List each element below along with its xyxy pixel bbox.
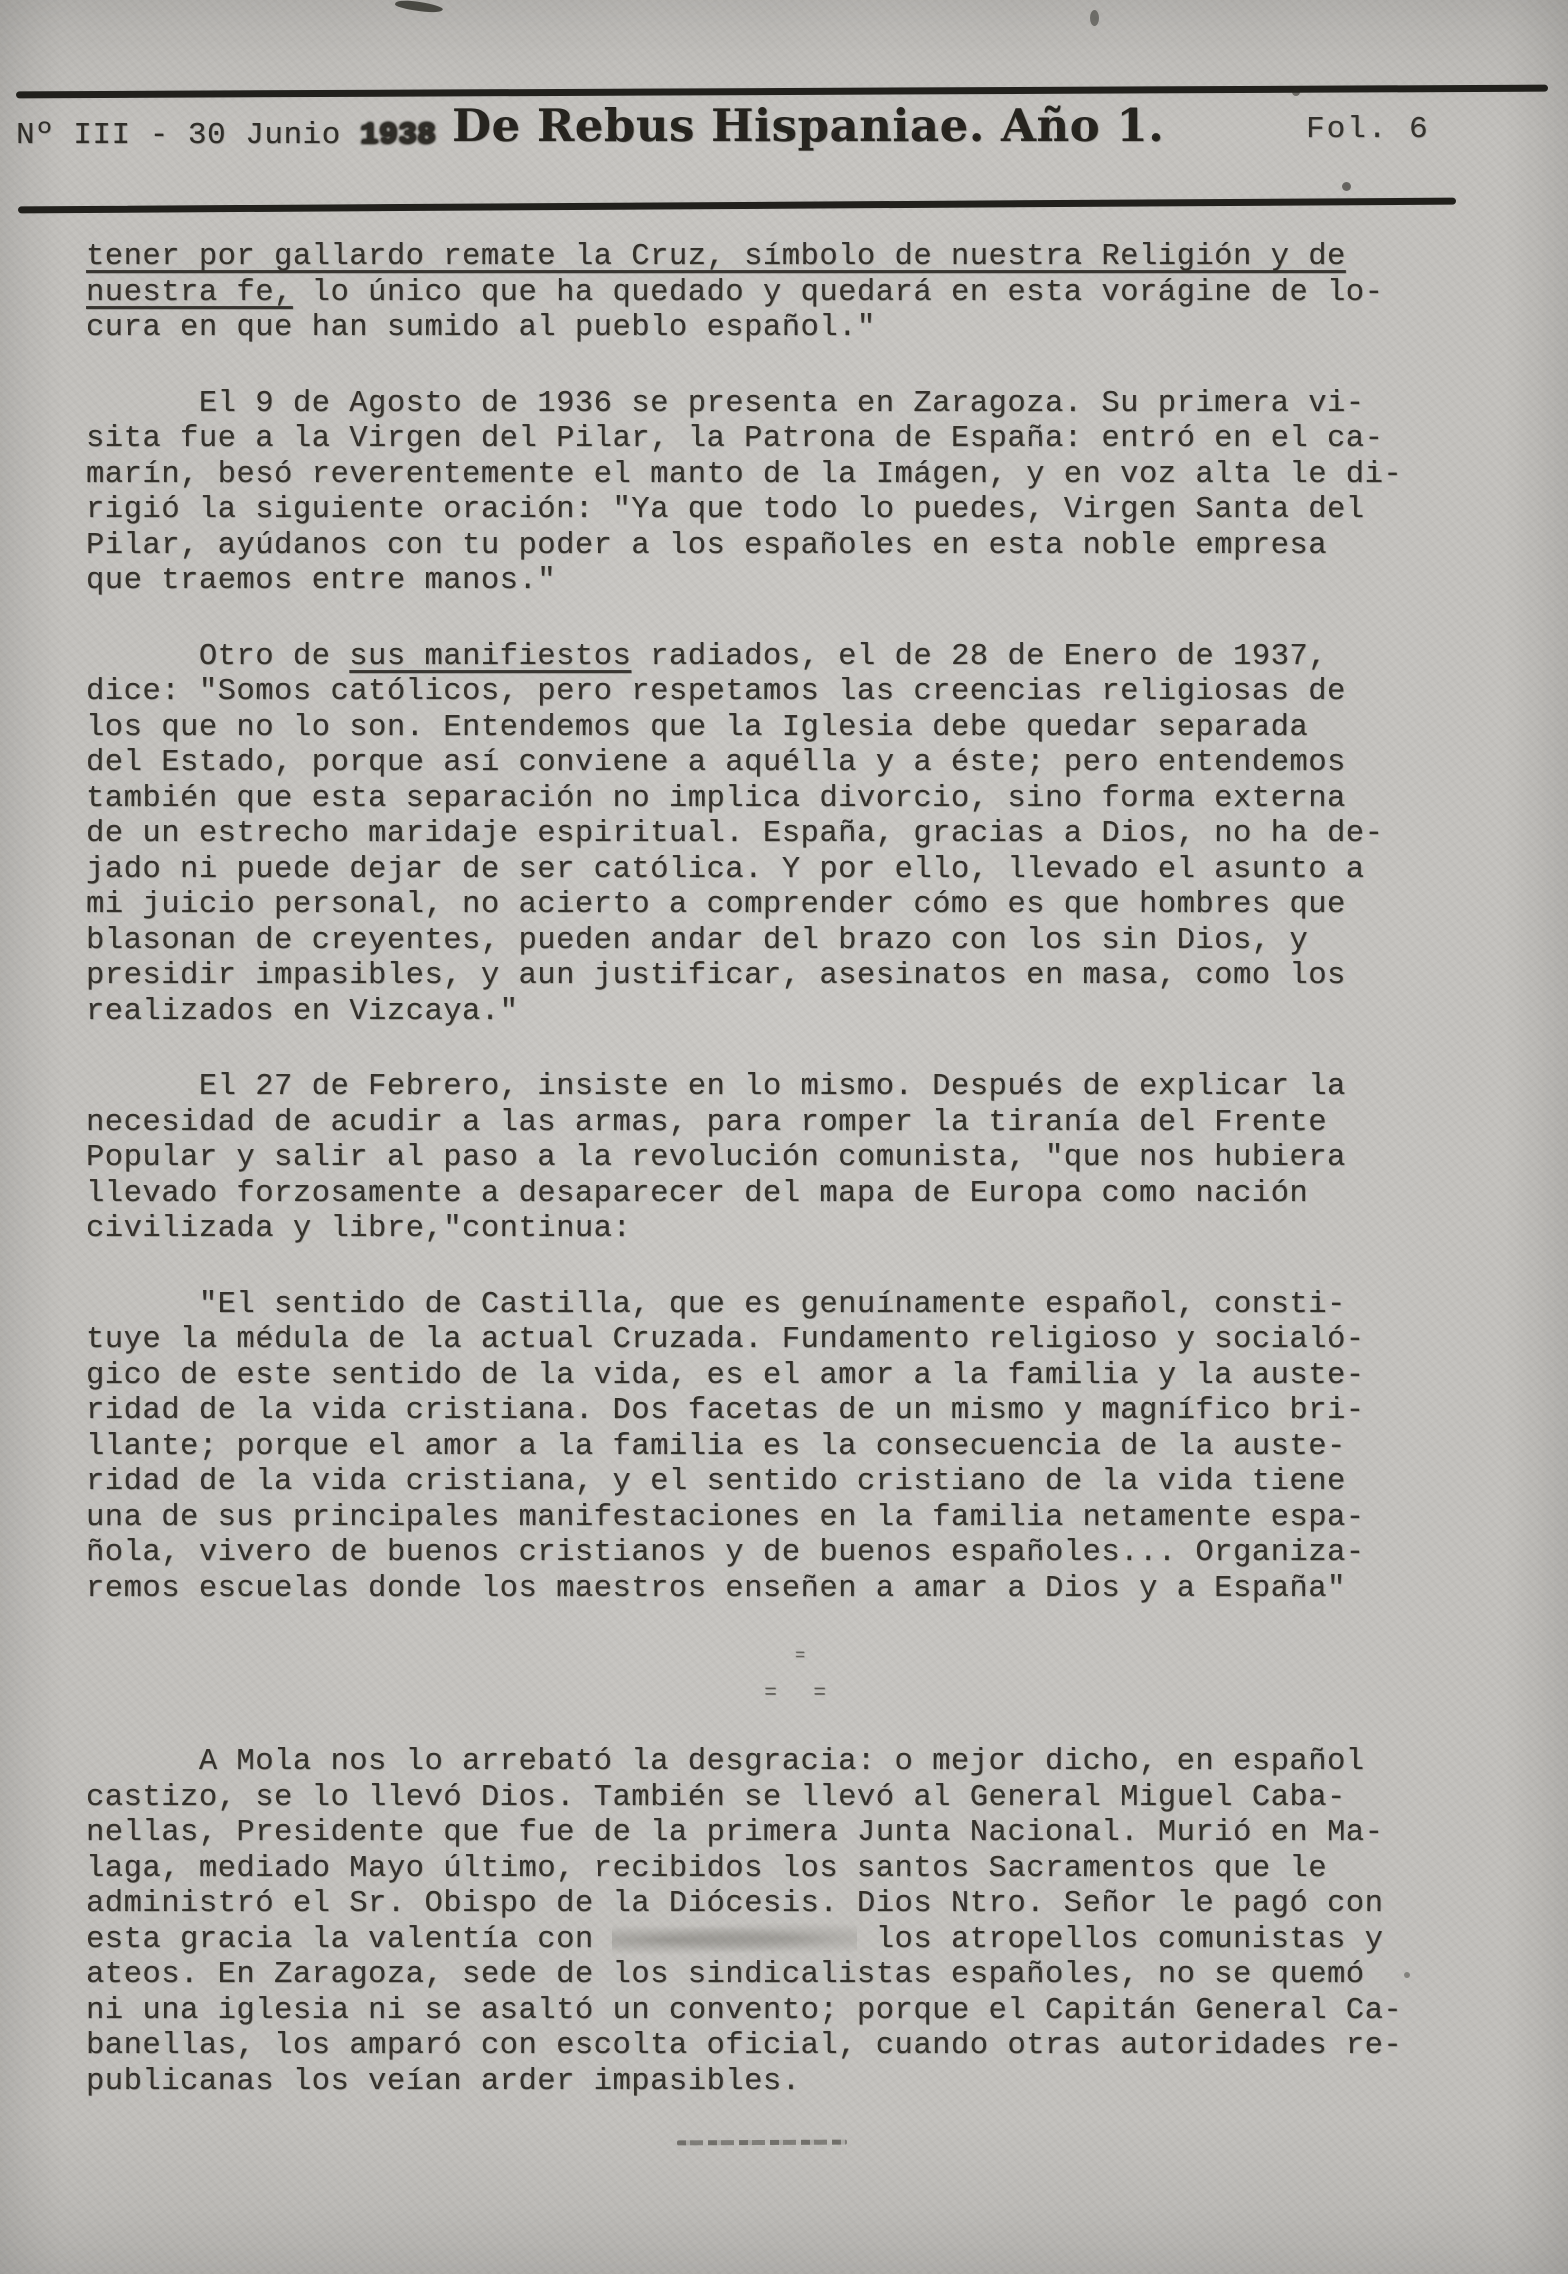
text-line: llevado forzosamente a desaparecer del m… xyxy=(86,1177,1516,1213)
text-segment: castizo, se lo llevó Dios. También se ll… xyxy=(86,1781,1346,1815)
text-segment: también que esta separación no implica d… xyxy=(86,782,1346,816)
text-segment: dice: "Somos católicos, pero respetamos … xyxy=(86,675,1346,709)
text-segment: necesidad de acudir a las armas, para ro… xyxy=(86,1106,1327,1140)
text-line: nellas, Presidente que fue de la primera… xyxy=(86,1816,1516,1852)
text-line: ñola, vivero de buenos cristianos y de b… xyxy=(86,1536,1516,1572)
text-segment: A Mola nos lo arrebató la desgracia: o m… xyxy=(86,1745,1365,1779)
page-ink-layer: Nº III - 30 Junio 1938 De Rebus Hispania… xyxy=(0,0,1568,2274)
section-separator: = = = xyxy=(86,1647,1516,1705)
text-line: necesidad de acudir a las armas, para ro… xyxy=(86,1106,1516,1142)
text-line: laga, mediado Mayo último, recibidos los… xyxy=(86,1852,1516,1888)
text-line: blasonan de creyentes, pueden andar del … xyxy=(86,924,1516,960)
end-rule xyxy=(677,2140,847,2146)
paragraph: A Mola nos lo arrebató la desgracia: o m… xyxy=(86,1745,1516,2100)
text-segment: una de sus principales manifestaciones e… xyxy=(86,1501,1365,1535)
text-segment: "El sentido de Castilla, que es genuínam… xyxy=(86,1288,1346,1322)
text-line: A Mola nos lo arrebató la desgracia: o m… xyxy=(86,1745,1516,1781)
paragraph: El 27 de Febrero, insiste en lo mismo. D… xyxy=(86,1070,1516,1248)
ink-speck xyxy=(395,0,444,14)
paragraph: El 9 de Agosto de 1936 se presenta en Za… xyxy=(86,387,1516,600)
text-line: ridad de la vida cristiana, y el sentido… xyxy=(86,1465,1516,1501)
text-line: mi juicio personal, no acierto a compren… xyxy=(86,888,1516,924)
text-segment: sita fue a la Virgen del Pilar, la Patro… xyxy=(86,422,1383,456)
masthead-title: De Rebus Hispaniae. Año 1. xyxy=(452,100,1164,152)
text-segment: El 9 de Agosto de 1936 se presenta en Za… xyxy=(86,387,1365,421)
text-line: ateos. En Zaragoza, sede de los sindical… xyxy=(86,1958,1516,1994)
text-segment: ateos. En Zaragoza, sede de los sindical… xyxy=(86,1958,1365,1992)
text-segment: administró el Sr. Obispo de la Diócesis.… xyxy=(86,1887,1383,1921)
text-line: del Estado, porque así conviene a aquéll… xyxy=(86,746,1516,782)
text-segment: blasonan de creyentes, pueden andar del … xyxy=(86,924,1308,958)
header-bottom-rule xyxy=(18,198,1456,214)
ink-speck xyxy=(1090,10,1099,26)
text-segment: Popular y salir al paso a la revolución … xyxy=(86,1141,1346,1175)
text-segment: realizados en Vizcaya." xyxy=(86,995,518,1029)
text-line: publicanas los veían arder impasibles. xyxy=(86,2065,1516,2101)
text-line: una de sus principales manifestaciones e… xyxy=(86,1501,1516,1537)
text-line: banellas, los amparó con escolta oficial… xyxy=(86,2029,1516,2065)
text-segment: radiados, el de 28 de Enero de 1937, xyxy=(631,640,1327,674)
text-line: Pilar, ayúdanos con tu poder a los españ… xyxy=(86,529,1516,565)
text-line: tuye la médula de la actual Cruzada. Fun… xyxy=(86,1323,1516,1359)
text-line: Otro de sus manifiestos radiados, el de … xyxy=(86,640,1516,676)
text-segment: remos escuelas donde los maestros enseñe… xyxy=(86,1572,1346,1606)
issue-line: Nº III - 30 Junio 1938 xyxy=(16,118,436,154)
text-line: rigió la siguiente oración: "Ya que todo… xyxy=(86,493,1516,529)
header-top-rule xyxy=(16,85,1548,99)
text-segment: publicanas los veían arder impasibles. xyxy=(86,2065,801,2099)
text-segment: laga, mediado Mayo último, recibidos los… xyxy=(86,1852,1327,1886)
text-segment: del Estado, porque así conviene a aquéll… xyxy=(86,746,1346,780)
text-line: los que no lo son. Entendemos que la Igl… xyxy=(86,711,1516,747)
text-line: esta gracia la valentía con los atropell… xyxy=(86,1923,1516,1959)
text-segment: que traemos entre manos." xyxy=(86,564,556,598)
ink-speck xyxy=(1404,1972,1410,1978)
text-segment: El 27 de Febrero, insiste en lo mismo. D… xyxy=(86,1070,1346,1104)
text-segment: de un estrecho maridaje espiritual. Espa… xyxy=(86,817,1383,851)
document-body-lower: A Mola nos lo arrebató la desgracia: o m… xyxy=(86,1745,1516,2100)
text-line: marín, besó reverentemente el manto de l… xyxy=(86,458,1516,494)
text-line: que traemos entre manos." xyxy=(86,564,1516,600)
text-segment: marín, besó reverentemente el manto de l… xyxy=(86,458,1402,492)
text-line: gico de este sentido de la vida, es el a… xyxy=(86,1359,1516,1395)
text-line: dice: "Somos católicos, pero respetamos … xyxy=(86,675,1516,711)
text-line: ridad de la vida cristiana. Dos facetas … xyxy=(86,1394,1516,1430)
text-segment: mi juicio personal, no acierto a compren… xyxy=(86,888,1346,922)
text-segment: ni una iglesia ni se asaltó un convento;… xyxy=(86,1994,1402,2028)
text-line: castizo, se lo llevó Dios. También se ll… xyxy=(86,1781,1516,1817)
underlined-text: sus manifiestos xyxy=(349,640,631,674)
text-line: presidir impasibles, y aun justificar, a… xyxy=(86,959,1516,995)
text-segment: civilizada y libre,"continua: xyxy=(86,1212,631,1246)
folio-number: Fol. 6 xyxy=(1306,112,1430,148)
text-line: llante; porque el amor a la familia es l… xyxy=(86,1430,1516,1466)
text-line: Popular y salir al paso a la revolución … xyxy=(86,1141,1516,1177)
underlined-text: tener por gallardo remate la Cruz, símbo… xyxy=(86,240,1346,274)
text-segment: llevado forzosamente a desaparecer del m… xyxy=(86,1177,1308,1211)
document-body-upper: tener por gallardo remate la Cruz, símbo… xyxy=(86,240,1516,1607)
text-line: de un estrecho maridaje espiritual. Espa… xyxy=(86,817,1516,853)
text-line: remos escuelas donde los maestros enseñe… xyxy=(86,1572,1516,1608)
text-segment: gico de este sentido de la vida, es el a… xyxy=(86,1359,1365,1393)
text-line: civilizada y libre,"continua: xyxy=(86,1212,1516,1248)
text-segment: ñola, vivero de buenos cristianos y de b… xyxy=(86,1536,1365,1570)
text-segment: banellas, los amparó con escolta oficial… xyxy=(86,2029,1402,2063)
text-segment: presidir impasibles, y aun justificar, a… xyxy=(86,959,1346,993)
text-line: ni una iglesia ni se asaltó un convento;… xyxy=(86,1994,1516,2030)
text-segment: Otro de xyxy=(86,640,349,674)
text-segment: esta gracia la valentía con xyxy=(86,1923,612,1957)
text-segment: cura en que han sumido al pueblo español… xyxy=(86,311,876,345)
text-segment: los que no lo son. Entendemos que la Igl… xyxy=(86,711,1308,745)
issue-date: Nº III - 30 Junio xyxy=(16,118,360,153)
text-segment: los atropellos comunistas y xyxy=(857,1923,1383,1957)
erased-text xyxy=(612,1923,856,1957)
issue-year-overstruck: 1938 xyxy=(360,118,436,153)
text-segment: lo único que ha quedado y quedará en est… xyxy=(293,276,1384,310)
text-segment: rigió la siguiente oración: "Ya que todo… xyxy=(86,493,1365,527)
ink-speck xyxy=(1342,182,1351,191)
text-segment: jado ni puede dejar de ser católica. Y p… xyxy=(86,853,1365,887)
text-line: "El sentido de Castilla, que es genuínam… xyxy=(86,1288,1516,1324)
text-line: sita fue a la Virgen del Pilar, la Patro… xyxy=(86,422,1516,458)
text-line: administró el Sr. Obispo de la Diócesis.… xyxy=(86,1887,1516,1923)
text-line: también que esta separación no implica d… xyxy=(86,782,1516,818)
text-line: El 27 de Febrero, insiste en lo mismo. D… xyxy=(86,1070,1516,1106)
text-segment: tuye la médula de la actual Cruzada. Fun… xyxy=(86,1323,1365,1357)
text-segment: llante; porque el amor a la familia es l… xyxy=(86,1430,1346,1464)
text-segment: ridad de la vida cristiana. Dos facetas … xyxy=(86,1394,1365,1428)
text-line: tener por gallardo remate la Cruz, símbo… xyxy=(86,240,1516,276)
text-line: realizados en Vizcaya." xyxy=(86,995,1516,1031)
text-segment: Pilar, ayúdanos con tu poder a los españ… xyxy=(86,529,1327,563)
paragraph: Otro de sus manifiestos radiados, el de … xyxy=(86,640,1516,1031)
paragraph: tener por gallardo remate la Cruz, símbo… xyxy=(86,240,1516,347)
text-segment: nellas, Presidente que fue de la primera… xyxy=(86,1816,1383,1850)
separator-mark-top: = xyxy=(86,1647,1516,1667)
paragraph: "El sentido de Castilla, que es genuínam… xyxy=(86,1288,1516,1608)
text-segment: ridad de la vida cristiana, y el sentido… xyxy=(86,1465,1346,1499)
typescript-content: tener por gallardo remate la Cruz, símbo… xyxy=(86,240,1516,2145)
text-line: cura en que han sumido al pueblo español… xyxy=(86,311,1516,347)
underlined-text: nuestra fe, xyxy=(86,276,293,310)
text-line: nuestra fe, lo único que ha quedado y qu… xyxy=(86,276,1516,312)
separator-mark-bottom: = = xyxy=(86,1683,1516,1705)
ink-speck xyxy=(1292,88,1300,96)
text-line: jado ni puede dejar de ser católica. Y p… xyxy=(86,853,1516,889)
text-line: El 9 de Agosto de 1936 se presenta en Za… xyxy=(86,387,1516,423)
